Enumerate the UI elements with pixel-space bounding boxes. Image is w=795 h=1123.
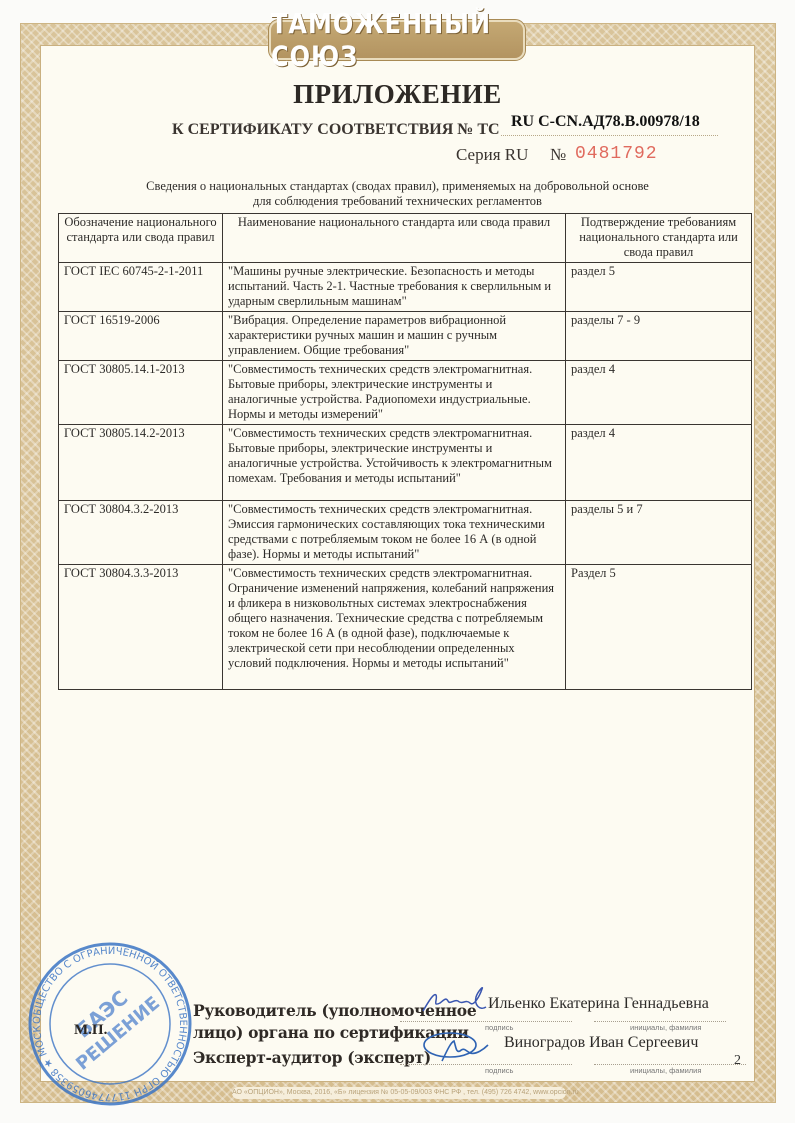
- standard-name: "Совместимость технических средств элект…: [223, 501, 566, 565]
- table-row: ГОСТ 16519-2006 "Вибрация. Определение п…: [59, 312, 752, 361]
- customs-union-banner: ТАМОЖЕННЫЙ СОЮЗ: [269, 20, 525, 60]
- standard-name: "Машины ручные электрические. Безопаснос…: [223, 263, 566, 312]
- intro-text: Сведения о национальных стандартах (свод…: [0, 179, 795, 209]
- standard-code: ГОСТ 30804.3.2-2013: [59, 501, 223, 565]
- printer-info: АО «ОПЦИОН», Москва, 2016, «Б» лицензия …: [232, 1087, 566, 1099]
- header-designation: Обозначение национального стандарта или …: [59, 214, 223, 263]
- table-row: ГОСТ 30805.14.1-2013 "Совместимость техн…: [59, 361, 752, 425]
- banner-text: ТАМОЖЕННЫЙ СОЮЗ: [271, 8, 523, 72]
- series-number: 0481792: [575, 144, 658, 164]
- standard-name: "Совместимость технических средств элект…: [223, 425, 566, 501]
- expert-signature-line: [400, 1064, 572, 1065]
- expert-name-line: [594, 1064, 746, 1065]
- certificate-label: К СЕРТИФИКАТУ СООТВЕТСТВИЯ № ТС: [172, 121, 500, 139]
- standard-code: ГОСТ 30804.3.3-2013: [59, 565, 223, 690]
- table-header-row: Обозначение национального стандарта или …: [59, 214, 752, 263]
- table-row: ГОСТ 30804.3.2-2013 "Совместимость техни…: [59, 501, 752, 565]
- expert-name: Виноградов Иван Сергеевич: [504, 1034, 698, 1052]
- standard-name: "Совместимость технических средств элект…: [223, 361, 566, 425]
- series-number-sign: №: [550, 145, 566, 165]
- expert-name-caption: инициалы, фамилия: [630, 1066, 701, 1075]
- certificate-number-underline: [501, 135, 718, 136]
- header-confirmation: Подтверждение требованиям национального …: [566, 214, 752, 263]
- standard-code: ГОСТ IEC 60745-2-1-2011: [59, 263, 223, 312]
- head-name-caption: инициалы, фамилия: [630, 1023, 701, 1032]
- table-row: ГОСТ 30805.14.2-2013 "Совместимость техн…: [59, 425, 752, 501]
- table-row: ГОСТ IEC 60745-2-1-2011 "Машины ручные э…: [59, 263, 752, 312]
- table-row: ГОСТ 30804.3.3-2013 "Совместимость техни…: [59, 565, 752, 690]
- standard-confirmation: Раздел 5: [566, 565, 752, 690]
- standard-confirmation: разделы 5 и 7: [566, 501, 752, 565]
- head-name: Ильенко Екатерина Геннадьевна: [488, 995, 709, 1013]
- standard-code: ГОСТ 30805.14.2-2013: [59, 425, 223, 501]
- expert-signature-caption: подпись: [485, 1066, 513, 1075]
- expert-signature-icon: [420, 1025, 492, 1065]
- standard-code: ГОСТ 30805.14.1-2013: [59, 361, 223, 425]
- standard-confirmation: раздел 4: [566, 425, 752, 501]
- page-number: 2: [734, 1053, 741, 1069]
- standard-confirmation: раздел 4: [566, 361, 752, 425]
- series-label: Серия RU: [456, 145, 528, 165]
- certificate-number: RU C-CN.АД78.В.00978/18: [511, 113, 700, 131]
- head-signature-line: [400, 1021, 572, 1022]
- header-name: Наименование национального стандарта или…: [223, 214, 566, 263]
- standard-name: "Вибрация. Определение параметров вибрац…: [223, 312, 566, 361]
- page-title: ПРИЛОЖЕНИЕ: [0, 79, 795, 110]
- stamp-place-label: М.П.: [74, 1022, 107, 1039]
- standard-confirmation: разделы 7 - 9: [566, 312, 752, 361]
- intro-line-1: Сведения о национальных стандартах (свод…: [0, 179, 795, 194]
- standards-table: Обозначение национального стандарта или …: [58, 213, 752, 690]
- standard-name: "Совместимость технических средств элект…: [223, 565, 566, 690]
- standard-confirmation: раздел 5: [566, 263, 752, 312]
- intro-line-2: для соблюдения требований технических ре…: [0, 194, 795, 209]
- head-signature-caption: подпись: [485, 1023, 513, 1032]
- head-name-line: [594, 1021, 726, 1022]
- head-signature-icon: [420, 985, 490, 1017]
- company-stamp-icon: ОБЩЕСТВО С ОГРАНИЧЕННОЙ ОТВЕТСТВЕННОСТЬЮ…: [26, 940, 194, 1108]
- standard-code: ГОСТ 16519-2006: [59, 312, 223, 361]
- expert-role: Эксперт-аудитор (эксперт): [193, 1048, 431, 1067]
